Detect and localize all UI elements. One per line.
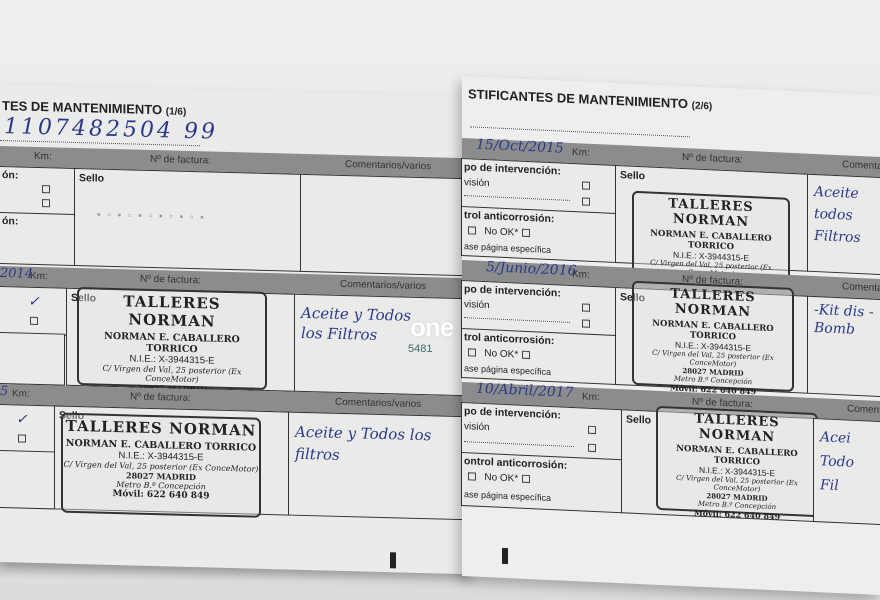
maintenance-entry: 10/Abril/2017 Km: Nº de factura: Comenta… [462,382,880,525]
workshop-stamp: TALLERES NORMAN NORMAN E. CABALLERO TORR… [656,406,818,517]
anticorrosion-cell: ón: [0,212,75,266]
checkbox-checked[interactable] [582,182,590,190]
right-page-title: STIFICANTES DE MANTENIMIENTO (2/6) [468,86,712,112]
dotted-line [464,195,570,201]
left-page: TES DE MANTENIMIENTO (1/6) 1107482504 99… [0,84,470,574]
checkbox-checked[interactable] [588,426,596,434]
maintenance-entry: 5 Km: Nº de factura: Comentarios/varios … [0,384,470,520]
comments-cell: Aceite y Todos los Filtros [294,294,470,397]
checkbox[interactable] [468,473,476,481]
dotted-line [470,126,690,137]
stamp-cell: Sello TALLERES NORMAN NORMAN E. CABALLER… [621,409,815,522]
stamp-cell: Sello TALLERES NORMAN NORMAN E. CABALLER… [615,287,809,394]
handwritten-comment: -Kit dis -Bomb [814,301,874,340]
checkbox[interactable] [522,351,530,359]
handwritten-check: ✓ [28,294,40,310]
dotted-line [464,441,574,447]
checkbox-checked[interactable] [582,304,590,312]
comments-cell: Acei Todo Fil [813,418,880,525]
intervention-cell: ✓ [0,404,57,454]
dotted-line [464,317,570,323]
comments-cell: -Kit dis -Bomb [807,296,880,398]
comments-cell [300,174,470,276]
stamp-cell: Sello TALLERES NORMAN NORMAN E. CABALLER… [54,405,290,515]
stamp-cell: Sello ▪ ▫ ▪ ▫ ▪ ▫ ▪ ▫ ▪ ▫ ▪ [74,168,302,272]
workshop-stamp: TALLERES NORMAN NORMAN E. CABALLERO TORR… [61,413,261,518]
right-page: STIFICANTES DE MANTENIMIENTO (2/6) 15/Oc… [462,76,880,595]
maintenance-entry: 15/Oct/2015 Km: Nº de factura: Comentari… [462,138,880,275]
intervention-cell: ✓ [0,286,69,336]
anticorrosion-cell: ontrol anticorrosión: No OK* ase página … [461,452,623,513]
handwritten-comment: Aceite y Todos los Filtros [301,303,421,346]
stamp-cell: Sello TALLERES NORMAN NORMAN E. CABALLER… [66,288,296,392]
handwritten-comment: Aceite y Todos los filtros [295,421,435,469]
handwritten-comment: Acei Todo Fil [820,425,870,499]
checkbox[interactable] [18,435,26,443]
anticorrosion-cell: trol anticorrosión: No OK* ase página es… [461,206,617,263]
checkbox[interactable] [522,229,530,237]
comments-cell: Aceite y Todos los filtros [288,412,470,521]
anticorrosion-cell: trol anticorrosión: No OK* ase página es… [461,328,617,385]
handwritten-check: ✓ [16,411,28,427]
intervention-cell: ón: [0,166,77,216]
maintenance-entry: Km: Nº de factura: Comentarios/varios ón… [0,146,470,276]
faded-stamp: ▪ ▫ ▪ ▫ ▪ ▫ ▪ ▫ ▪ ▫ ▪ [97,210,206,224]
comments-cell: Aceite todos Filtros [807,174,880,276]
page-marker [502,548,508,564]
maintenance-entry: 5/Junio/2016 Km: Nº de factura: Comentar… [462,260,880,397]
checkbox[interactable] [468,227,476,235]
checkbox[interactable] [42,185,50,193]
anticorrosion-cell [0,332,65,386]
page-marker [390,552,396,568]
stamp-cell: Sello TALLERES NORMAN NORMAN E. CABALLER… [615,165,809,272]
checkbox[interactable] [42,199,50,207]
watermark-logo: one [410,312,453,343]
checkbox[interactable] [522,475,530,483]
anticorrosion-cell [0,450,55,509]
checkbox[interactable] [30,317,38,325]
workshop-stamp: TALLERES NORMAN NORMAN E. CABALLERO TORR… [632,281,794,392]
workshop-stamp: TALLERES NORMAN NORMAN E. CABALLERO TORR… [77,287,267,390]
checkbox[interactable] [582,320,590,328]
maintenance-entry: 2014 Km: Nº de factura: Comentarios/vari… [0,266,470,396]
overlay-code: 5481 [408,343,432,355]
checkbox[interactable] [582,198,590,206]
checkbox[interactable] [468,349,476,357]
handwritten-comment: Aceite todos Filtros [814,181,874,250]
checkbox[interactable] [588,444,596,452]
